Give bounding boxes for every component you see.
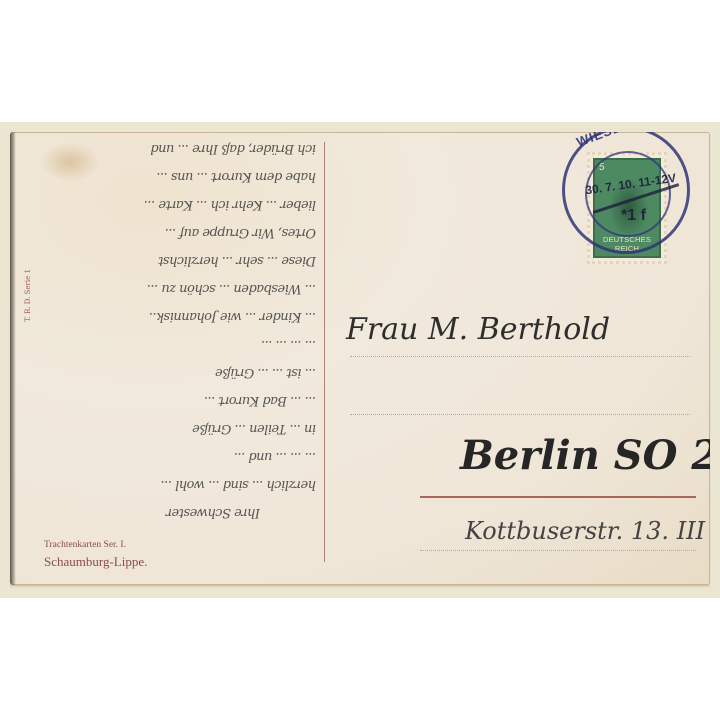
recipient-name: Frau M. Berthold <box>346 312 610 347</box>
recipient-street: Kottbuserstr. 13. III <box>465 517 705 545</box>
message-line: in ... Teilen ... Grüße <box>26 422 316 436</box>
region-label: Schaumburg-Lippe. <box>44 554 147 570</box>
message-line: Ortes, Wir Gruppe auf ... <box>26 226 316 240</box>
center-divider <box>324 142 325 562</box>
message-line: ... ... ... ... <box>26 338 316 352</box>
message-line: habe dem Kurort ... uns ... <box>26 170 316 184</box>
message-line: ich Brüder, daß Ihre ... und <box>26 142 316 156</box>
message-line: ... ... Bad Kurort ... <box>26 394 316 408</box>
postmark: WIESBADEN 30. 7. 10. 11-12V *1 f <box>562 132 690 254</box>
card-shadow <box>10 585 710 588</box>
recipient-city: Berlin SO 26 <box>460 432 710 479</box>
postcard: ich Brüder, daß Ihre ... und habe dem Ku… <box>10 132 710 585</box>
series-label: Trachtenkarten Ser. I. <box>44 540 126 550</box>
postmark-town: WIESBADEN <box>574 132 662 150</box>
postmark-code: *1 f <box>621 207 646 225</box>
publisher-code: T. R. D. Serie 1 <box>24 269 32 322</box>
message-line: ... ... ... und ... <box>26 450 316 464</box>
address-line-3 <box>420 496 696 498</box>
signature: Ihre Schwester <box>120 506 260 520</box>
address-line-4 <box>420 550 696 551</box>
message-line: ... Wiesbaden ... schön zu ... <box>26 282 316 296</box>
message-line: ... Kinder ... wie Johannisk.. <box>26 310 316 324</box>
message-line: lieber ... Kehr ich ... Karte ... <box>26 198 316 212</box>
address-line-1 <box>350 356 690 357</box>
message-line: Diese ... sehr ... herzlichst <box>26 254 316 268</box>
message-line: herzlich ... sind ... wohl ... <box>26 478 316 492</box>
address-line-2 <box>350 414 690 415</box>
message-line: ... ist ... ... Grüße <box>26 366 316 380</box>
